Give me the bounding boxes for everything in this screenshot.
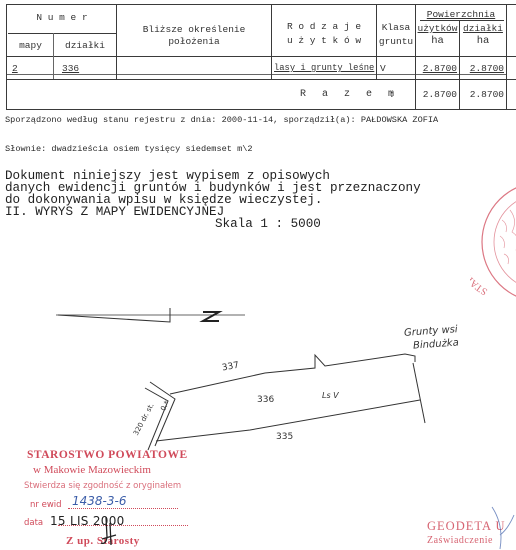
stamp-date-label: data: [24, 518, 43, 528]
parcel-label-335: 335: [276, 432, 293, 442]
total-pow-uzytkow: 2.8700: [416, 89, 457, 100]
header-mapy: mapy: [8, 40, 53, 51]
section-title: II. WYRYS Z MAPY EWIDENCYJNEJ: [5, 206, 224, 218]
header-bottom-border: [6, 56, 516, 57]
cell-mapy: 2: [12, 63, 18, 74]
cell-klasa: V: [380, 63, 386, 74]
stamp-ewid-value: 1438-3-6: [72, 494, 126, 508]
table-bottom-border: [6, 109, 516, 110]
header-blizsze-line2: położenia: [117, 36, 271, 47]
total-label: R a z e m: [300, 89, 399, 100]
svg-text:STAROSTA: STAROSTA: [470, 250, 490, 297]
header-rodzaje-line2: u ż y t k ó w: [272, 35, 376, 46]
signature-icon: [98, 515, 118, 550]
total-colon: :: [389, 89, 395, 100]
header-rodzaje-line1: R o d z a j e: [272, 21, 376, 32]
stamp-office-line2: w Makowie Mazowieckim: [33, 464, 151, 476]
header-pow-dzialki: działki: [460, 23, 506, 34]
header-klasa-line1: Klasa: [377, 22, 415, 33]
header-blizsze-line1: Bliższe określenie: [117, 24, 271, 35]
header-pow-uzytkow: użytków: [416, 23, 459, 34]
powierzchnia-divider: [420, 20, 504, 21]
table-left-border: [6, 4, 7, 110]
row-border: [6, 74, 506, 75]
map-scale: Skala 1 : 5000: [215, 218, 321, 230]
total-top-border: [6, 79, 516, 80]
header-powierzchnia: Powierzchnia: [416, 9, 506, 20]
header-dzialki: działki: [54, 40, 116, 51]
cadastral-map: [0, 290, 516, 460]
header-numer: N u m e r: [8, 12, 116, 23]
header-klasa-line2: gruntu: [377, 36, 415, 47]
numer-divider: [8, 33, 116, 34]
geodeta-line2: Zaświadczenie: [427, 535, 493, 546]
cell-pow-dzialki: 2.8700: [460, 63, 504, 74]
register-note: Sporządzono według stanu rejestru z dnia…: [5, 115, 438, 125]
header-unit-ha-uzytkow: ha: [416, 36, 459, 47]
eagle-emblem-icon: [500, 210, 516, 268]
seal-text: STAROSTA: [470, 250, 490, 297]
table-top-border: [6, 4, 516, 5]
cell-dzialki: 336: [62, 63, 79, 74]
header-unit-ha-dzialki: ha: [460, 36, 506, 47]
round-seal-stamp: STAROSTA: [470, 180, 516, 310]
stamp-office-line3: Stwierdza się zgodność z oryginałem: [24, 481, 181, 491]
geodeta-signature-icon: [490, 505, 516, 550]
land-class-label: Ls V: [322, 391, 339, 400]
col-divider-dzialki: [506, 4, 507, 110]
cell-pow-uzytkow: 2.8700: [416, 63, 457, 74]
stamp-office-line1: STAROSTWO POWIATOWE: [27, 449, 188, 461]
total-pow-dzialki: 2.8700: [460, 89, 504, 100]
area-in-words: Słownie: dwadzieścia osiem tysięcy siede…: [5, 144, 253, 154]
cell-rodzaje: lasy i grunty leśne: [274, 63, 374, 74]
stamp-ewid-label: nr ewid: [30, 500, 62, 510]
stamp-ewid-dotted-line: [68, 508, 178, 509]
north-arrow-icon: [56, 308, 245, 322]
parcel-label-336: 336: [257, 395, 274, 405]
